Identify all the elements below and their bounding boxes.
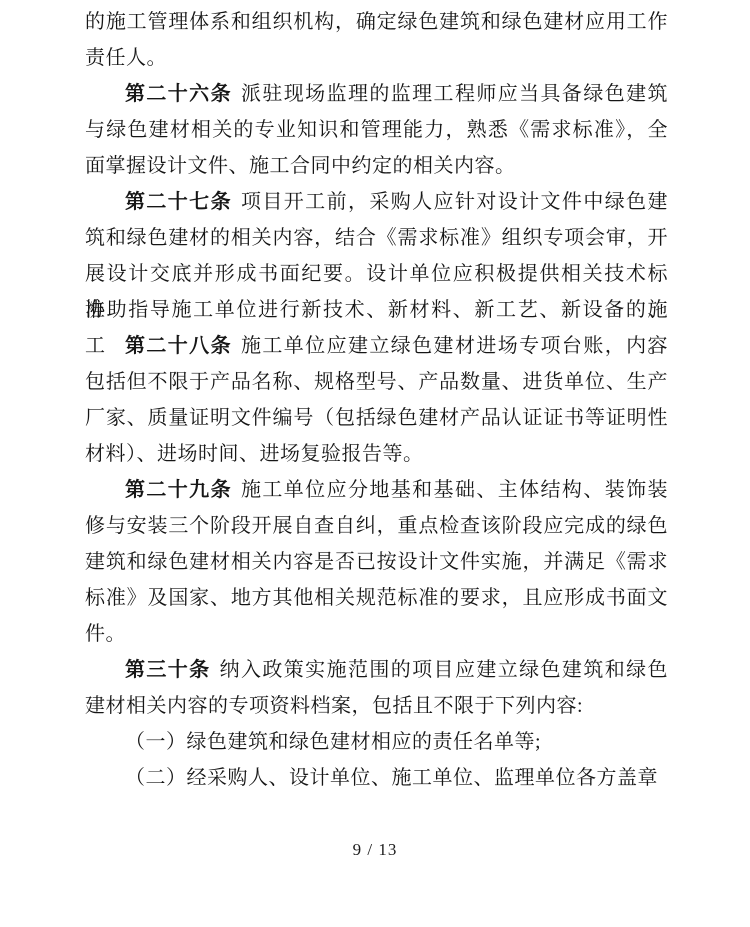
text-line: 筑和绿色建材的相关内容，结合《需求标准》组织专项会审，开: [85, 220, 668, 256]
line-text: 筑和绿色建材的相关内容，结合《需求标准》组织专项会审，开: [85, 227, 668, 249]
text-line: 包括但不限于产品名称、规格型号、产品数量、进货单位、生产: [85, 364, 668, 400]
text-line: 协助指导施工单位进行新技术、新材料、新工艺、新设备的施工。: [85, 292, 668, 328]
line-text: 纳入政策实施范围的项目应建立绿色建筑和绿色: [220, 659, 668, 681]
list-item: （二）经采购人、设计单位、施工单位、监理单位各方盖章: [85, 760, 668, 796]
line-text: 建筑和绿色建材相关内容是否已按设计文件实施，并满足《需求: [85, 551, 668, 573]
article-number: 第二十七条: [125, 191, 232, 213]
line-text: 的施工管理体系和组织机构，确定绿色建筑和绿色建材应用工作: [85, 11, 668, 33]
article-number: 第二十八条: [125, 335, 232, 357]
text-line: 第二十九条施工单位应分地基和基础、主体结构、装饰装: [85, 472, 668, 508]
line-text: 派驻现场监理的监理工程师应当具备绿色建筑: [241, 83, 668, 105]
text-line: 面掌握设计文件、施工合同中约定的相关内容。: [85, 148, 668, 184]
line-text: 修与安装三个阶段开展自查自纠，重点检查该阶段应完成的绿色: [85, 515, 668, 537]
line-text: 件。: [85, 623, 126, 645]
document-page: 的施工管理体系和组织机构，确定绿色建筑和绿色建材应用工作 责任人。 第二十六条派…: [0, 0, 750, 927]
text-line: 建材相关内容的专项资料档案，包括且不限于下列内容:: [85, 688, 668, 724]
text-line: 第二十八条施工单位应建立绿色建材进场专项台账，内容: [85, 328, 668, 364]
line-text: 施工单位应分地基和基础、主体结构、装饰装: [241, 479, 668, 501]
text-line: 标准》及国家、地方其他相关规范标准的要求，且应形成书面文: [85, 580, 668, 616]
text-line: 第二十六条派驻现场监理的监理工程师应当具备绿色建筑: [85, 76, 668, 112]
line-text: 标准》及国家、地方其他相关规范标准的要求，且应形成书面文: [85, 587, 668, 609]
line-text: 责任人。: [85, 47, 167, 69]
line-text: （一）绿色建筑和绿色建材相应的责任名单等;: [125, 731, 541, 753]
text-line: 厂家、质量证明文件编号（包括绿色建材产品认证证书等证明性: [85, 400, 668, 436]
text-line: 建筑和绿色建材相关内容是否已按设计文件实施，并满足《需求: [85, 544, 668, 580]
line-text: 厂家、质量证明文件编号（包括绿色建材产品认证证书等证明性: [85, 407, 668, 429]
line-text: 包括但不限于产品名称、规格型号、产品数量、进货单位、生产: [85, 371, 668, 393]
document-body: 的施工管理体系和组织机构，确定绿色建筑和绿色建材应用工作 责任人。 第二十六条派…: [85, 4, 668, 796]
line-text: 建材相关内容的专项资料档案，包括且不限于下列内容:: [85, 695, 583, 717]
line-text: 材料）、进场时间、进场复验报告等。: [85, 443, 424, 465]
article-number: 第二十九条: [125, 479, 232, 501]
text-line: 与绿色建材相关的专业知识和管理能力，熟悉《需求标准》，全: [85, 112, 668, 148]
line-text: 面掌握设计文件、施工合同中约定的相关内容。: [85, 155, 516, 177]
page-number: 9 / 13: [0, 840, 750, 860]
article-number: 第三十条: [125, 659, 211, 681]
text-line: 第三十条纳入政策实施范围的项目应建立绿色建筑和绿色: [85, 652, 668, 688]
text-line: 第二十七条项目开工前，采购人应针对设计文件中绿色建: [85, 184, 668, 220]
text-line: 件。: [85, 616, 668, 652]
article-number: 第二十六条: [125, 83, 232, 105]
text-line: 责任人。: [85, 40, 668, 76]
text-line: 展设计交底并形成书面纪要。设计单位应积极提供相关技术标准、: [85, 256, 668, 292]
line-text: 施工单位应建立绿色建材进场专项台账，内容: [241, 335, 668, 357]
line-text: 项目开工前，采购人应针对设计文件中绿色建: [241, 191, 668, 213]
list-item: （一）绿色建筑和绿色建材相应的责任名单等;: [85, 724, 668, 760]
text-line: 材料）、进场时间、进场复验报告等。: [85, 436, 668, 472]
text-line: 的施工管理体系和组织机构，确定绿色建筑和绿色建材应用工作: [85, 4, 668, 40]
line-text: （二）经采购人、设计单位、施工单位、监理单位各方盖章: [125, 767, 658, 789]
text-line: 修与安装三个阶段开展自查自纠，重点检查该阶段应完成的绿色: [85, 508, 668, 544]
line-text: 与绿色建材相关的专业知识和管理能力，熟悉《需求标准》，全: [85, 119, 668, 141]
